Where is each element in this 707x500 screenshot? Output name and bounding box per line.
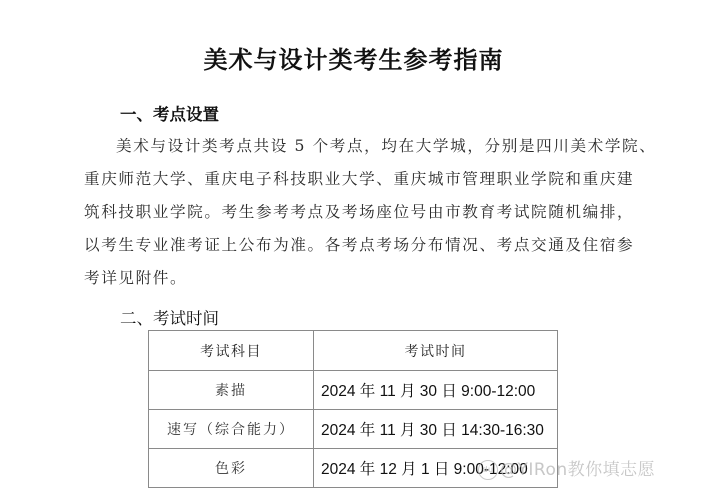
paragraph-line: 重庆师范大学、重庆电子科技职业大学、重庆城市管理职业学院和重庆建 xyxy=(84,163,644,196)
paragraph-line: 以考生专业准考证上公布为准。各考点考场分布情况、考点交通及住宿参 xyxy=(84,229,644,262)
subject-cell: 色彩 xyxy=(149,449,314,488)
time-cell: 2024 年 11 月 30 日 9:00-12:00 xyxy=(314,371,558,410)
column-header-subject: 考试科目 xyxy=(149,331,314,371)
subject-cell: 素描 xyxy=(149,371,314,410)
column-header-time: 考试时间 xyxy=(314,331,558,371)
paragraph-line: 考详见附件。 xyxy=(84,262,644,295)
subject-cell: 速写（综合能力） xyxy=(149,410,314,449)
section-heading-exam-sites: 一、考点设置 xyxy=(120,101,219,125)
exam-sites-paragraph: 美术与设计类考点共设 5 个考点，均在大学城，分别是四川美术学院、 重庆师范大学… xyxy=(84,130,644,295)
table-row: 速写（综合能力） 2024 年 11 月 30 日 14:30-16:30 xyxy=(149,410,558,449)
document-page: 美术与设计类考生参考指南 一、考点设置 美术与设计类考点共设 5 个考点，均在大… xyxy=(0,0,707,500)
section-heading-exam-time: 二、考试时间 xyxy=(120,305,219,329)
document-title: 美术与设计类考生参考指南 xyxy=(0,40,707,75)
watermark-logo-icon: du xyxy=(478,460,498,480)
table-header-row: 考试科目 考试时间 xyxy=(149,331,558,371)
paragraph-line: 美术与设计类考点共设 5 个考点，均在大学城，分别是四川美术学院、 xyxy=(84,130,644,163)
paragraph-line: 筑科技职业学院。考生参考考点及考场座位号由市教育考试院随机编排， xyxy=(84,196,644,229)
watermark: du@YIRon教你填志愿 xyxy=(478,455,655,480)
time-cell: 2024 年 11 月 30 日 14:30-16:30 xyxy=(314,410,558,449)
watermark-text: @YIRon教你填志愿 xyxy=(500,460,655,480)
table-row: 素描 2024 年 11 月 30 日 9:00-12:00 xyxy=(149,371,558,410)
